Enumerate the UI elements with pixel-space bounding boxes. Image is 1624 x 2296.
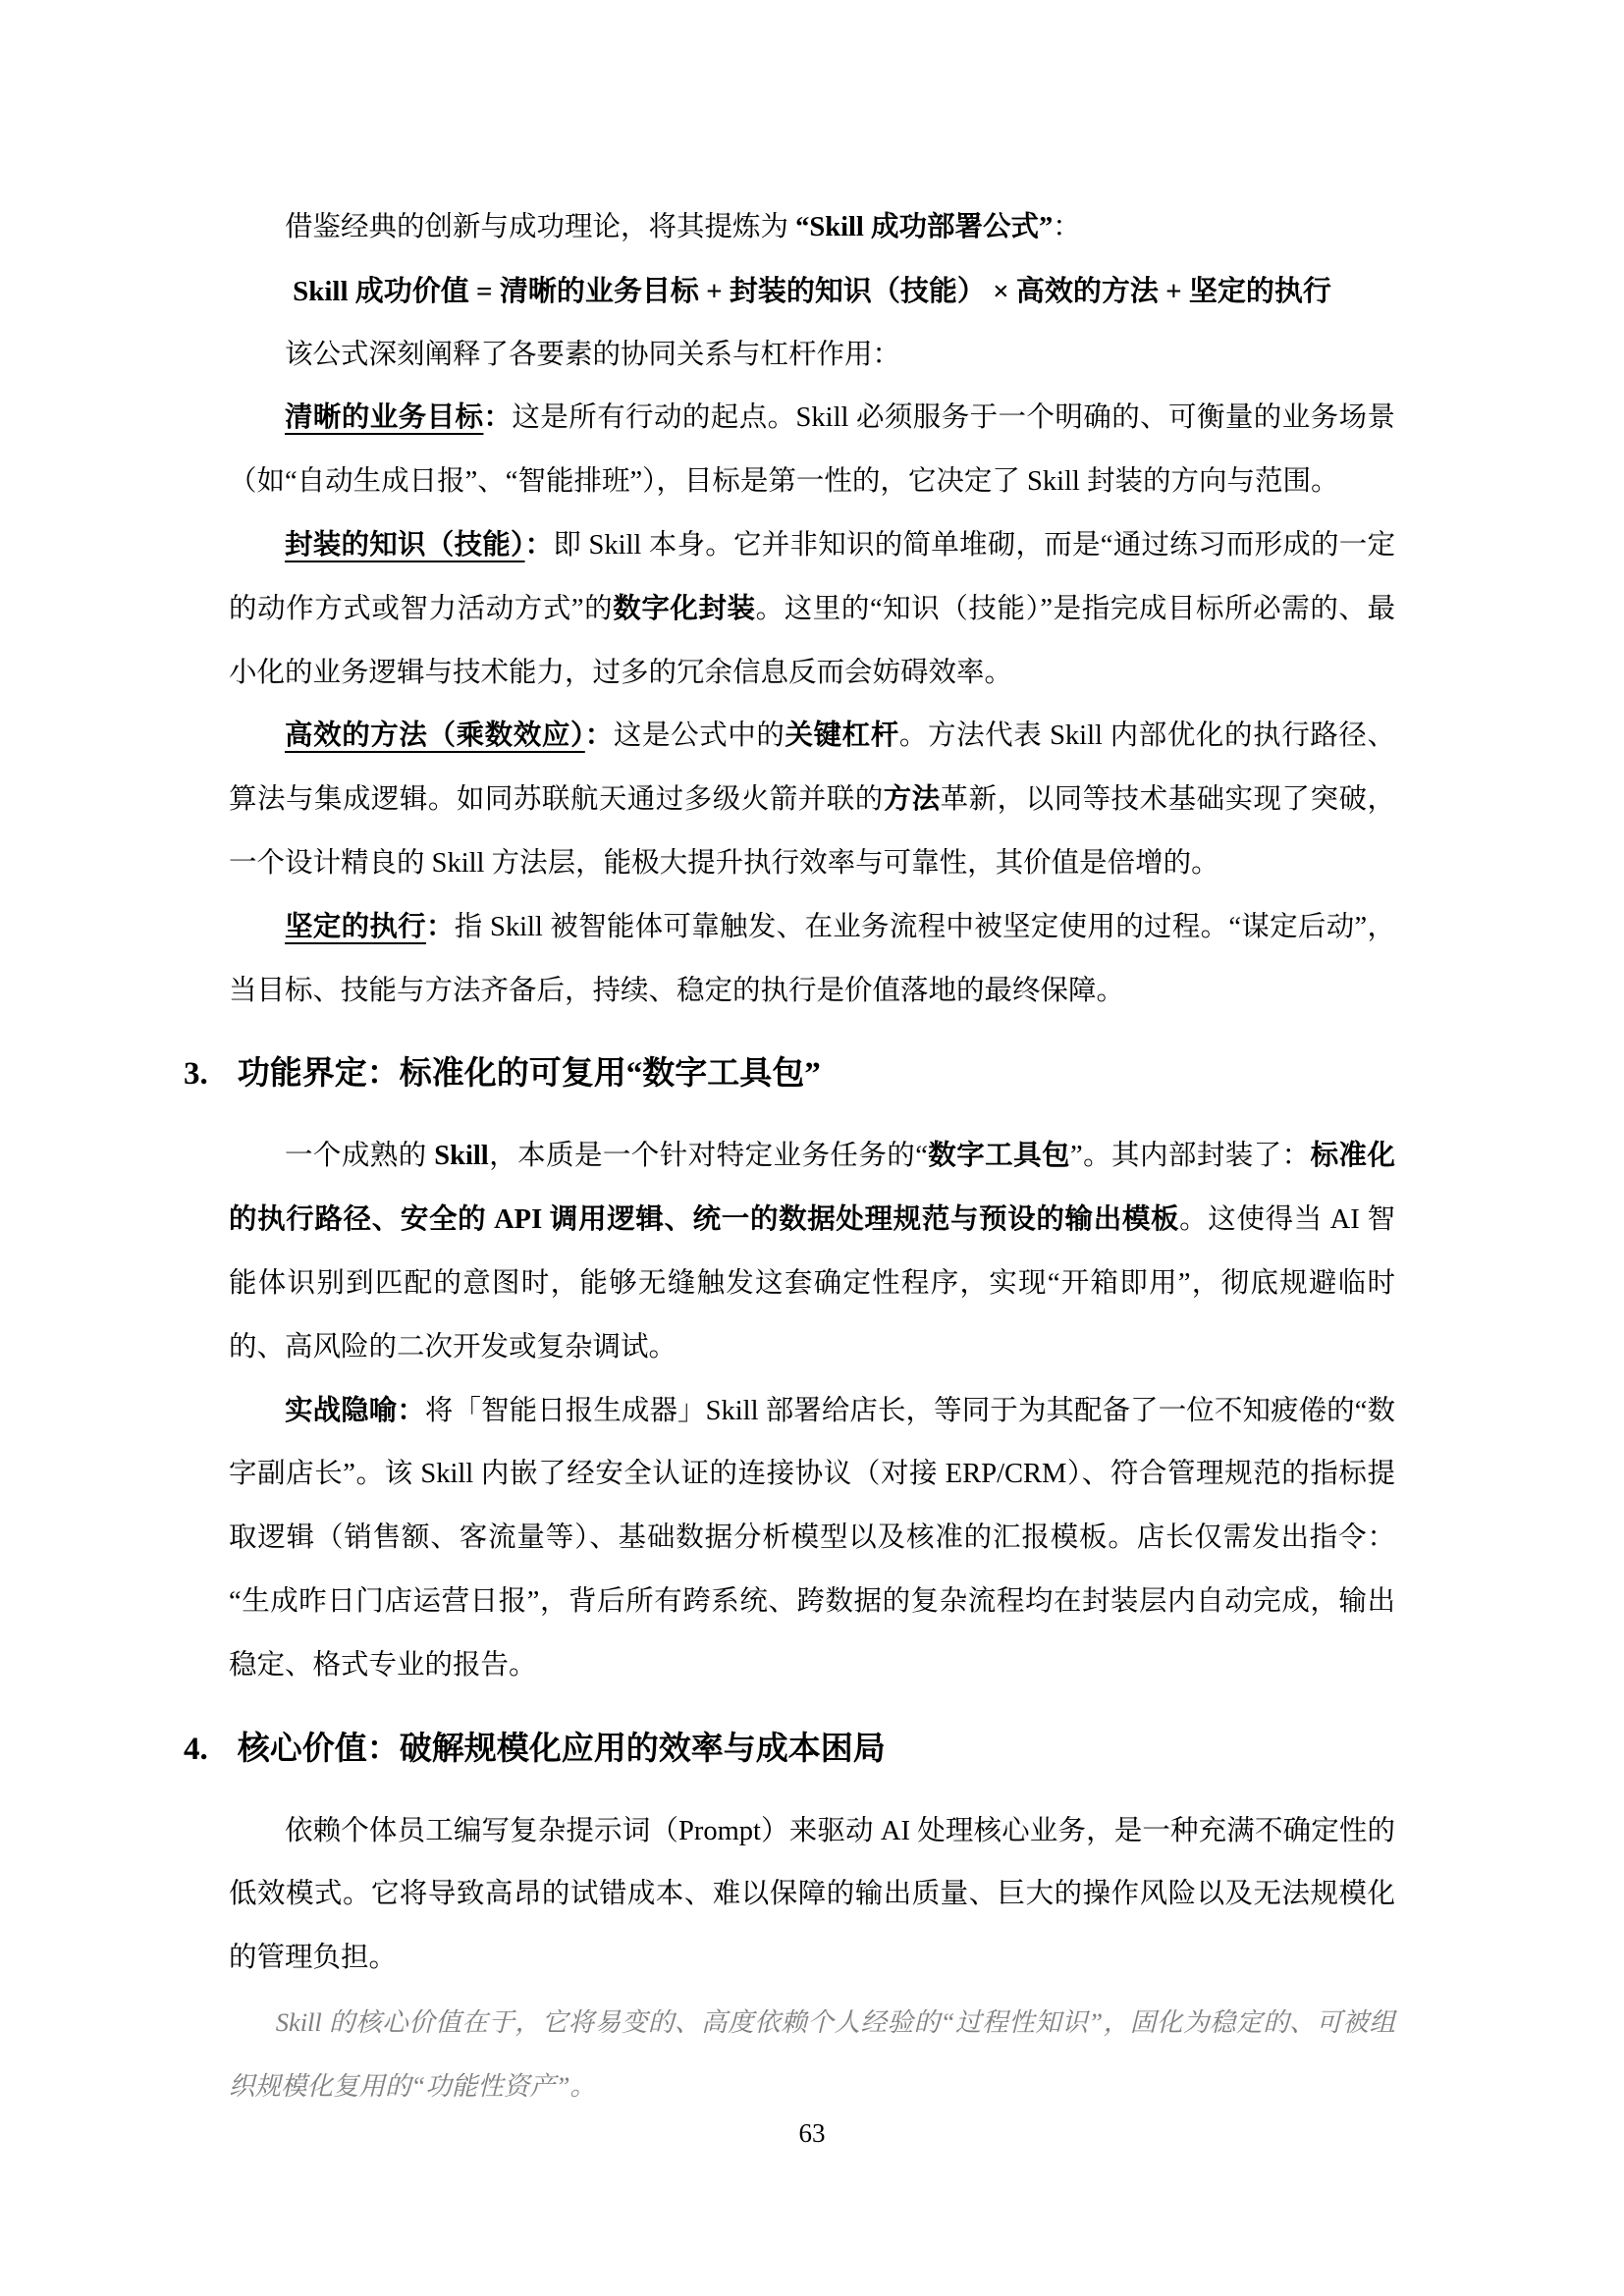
text-run: 将「智能日报生成器」Skill 部署给店长，等同于为其配备了一位不知疲倦的“数字… bbox=[229, 1396, 1395, 1681]
text-run: ： bbox=[525, 530, 554, 561]
text-run: ： bbox=[1053, 212, 1081, 242]
text-run: 该公式深刻阐释了各要素的协同关系与杠杆作用： bbox=[285, 340, 900, 370]
paragraph: 实战隐喻：将「智能日报生成器」Skill 部署给店长，等同于为其配备了一位不知疲… bbox=[229, 1380, 1395, 1698]
paragraph: 借鉴经典的创新与成功理论，将其提炼为 “Skill 成功部署公式”： bbox=[229, 196, 1395, 260]
text-run: 清晰的业务目标 bbox=[285, 402, 483, 433]
note-paragraph: Skill 的核心价值在于，它将易变的、高度依赖个人经验的“过程性知识”，固化为… bbox=[229, 1991, 1395, 2118]
text-run: ： bbox=[397, 1396, 425, 1426]
text-run: 这是公式中的 bbox=[614, 721, 785, 751]
text-run: 坚定的执行 bbox=[285, 912, 426, 942]
text-run: ： bbox=[585, 721, 614, 751]
text-run: ： bbox=[483, 402, 512, 433]
paragraph: 清晰的业务目标：这是所有行动的起点。Skill 必须服务于一个明确的、可衡量的业… bbox=[229, 387, 1395, 514]
text-run: “Skill 成功部署公式” bbox=[795, 212, 1053, 242]
paragraph: 高效的方法（乘数效应）：这是公式中的关键杠杆。方法代表 Skill 内部优化的执… bbox=[229, 705, 1395, 895]
text-run: 封装的知识（技能） bbox=[285, 530, 525, 561]
paragraph: 该公式深刻阐释了各要素的协同关系与杠杆作用： bbox=[229, 324, 1395, 388]
text-run: Skill 的核心价值在于，它将易变的、高度依赖个人经验的“过程性知识”，固化为… bbox=[229, 2007, 1395, 2101]
page-body: 借鉴经典的创新与成功理论，将其提炼为 “Skill 成功部署公式”：Skill … bbox=[229, 196, 1395, 2118]
formula-line: Skill 成功价值 = 清晰的业务目标 + 封装的知识（技能） × 高效的方法… bbox=[229, 260, 1395, 324]
page-number: 63 bbox=[0, 2107, 1624, 2160]
heading-text: 核心价值：破解规模化应用的效率与成本困局 bbox=[238, 1732, 886, 1767]
text-run: 依赖个体员工编写复杂提示词（Prompt）来驱动 AI 处理核心业务，是一种充满… bbox=[229, 1816, 1395, 1974]
paragraph: 封装的知识（技能）：即 Skill 本身。它并非知识的简单堆砌，而是“通过练习而… bbox=[229, 514, 1395, 705]
text-run: 关键杠杆 bbox=[785, 721, 898, 751]
text-run: 方法 bbox=[884, 784, 941, 815]
text-run: Skill bbox=[434, 1141, 488, 1171]
text-run: ，本质是一个针对特定业务任务的“ bbox=[489, 1141, 928, 1171]
text-run: ： bbox=[426, 912, 455, 942]
paragraph: 一个成熟的 Skill，本质是一个针对特定业务任务的“数字工具包”。其内部封装了… bbox=[229, 1125, 1395, 1379]
document-page: 借鉴经典的创新与成功理论，将其提炼为 “Skill 成功部署公式”：Skill … bbox=[0, 0, 1624, 2296]
heading-number: 3. bbox=[184, 1056, 208, 1092]
paragraph: 依赖个体员工编写复杂提示词（Prompt）来驱动 AI 处理核心业务，是一种充满… bbox=[229, 1800, 1395, 1991]
heading-number: 4. bbox=[184, 1732, 208, 1767]
text-run: Skill 成功价值 = 清晰的业务目标 + 封装的知识（技能） × 高效的方法… bbox=[293, 276, 1331, 307]
text-run: 一个成熟的 bbox=[285, 1141, 434, 1171]
text-run: ”。其内部封装了： bbox=[1070, 1141, 1311, 1171]
text-run: 借鉴经典的创新与成功理论，将其提炼为 bbox=[285, 212, 795, 242]
text-run: 数字工具包 bbox=[928, 1141, 1070, 1171]
heading-text: 功能界定：标准化的可复用“数字工具包” bbox=[238, 1056, 821, 1092]
text-run: 实战隐喻 bbox=[285, 1396, 397, 1426]
paragraph: 坚定的执行：指 Skill 被智能体可靠触发、在业务流程中被坚定使用的过程。“谋… bbox=[229, 896, 1395, 1024]
text-run: 数字化封装 bbox=[613, 594, 755, 624]
section-heading: 3.功能界定：标准化的可复用“数字工具包” bbox=[184, 1023, 1395, 1125]
text-run: 高效的方法（乘数效应） bbox=[285, 721, 585, 751]
section-heading: 4.核心价值：破解规模化应用的效率与成本困局 bbox=[184, 1698, 1395, 1800]
